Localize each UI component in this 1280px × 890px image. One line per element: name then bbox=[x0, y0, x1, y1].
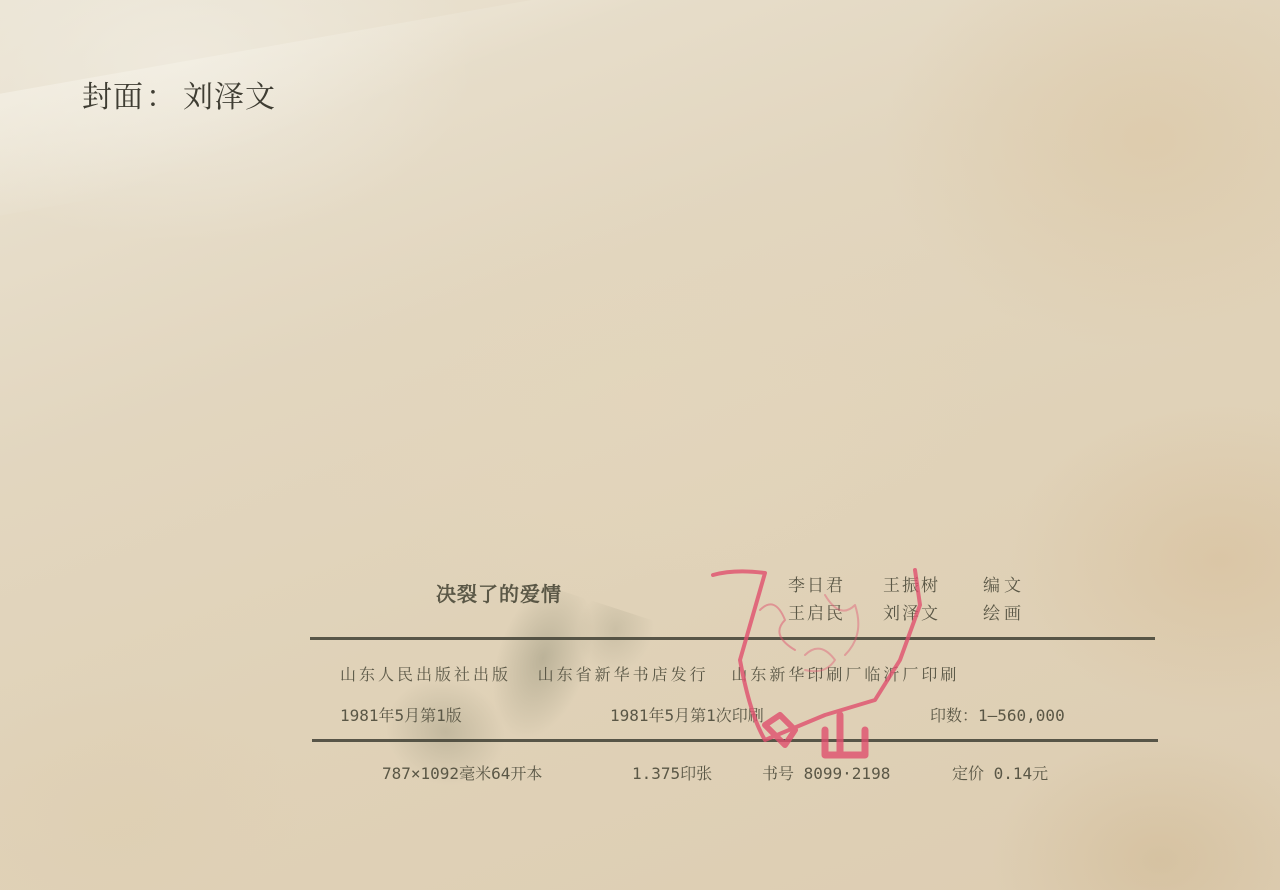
cover-credit: 封面：刘泽文 bbox=[82, 72, 276, 116]
printer: 山东新华印刷厂临沂厂印刷 bbox=[731, 662, 959, 685]
printed-sheets: 1.375印张 bbox=[632, 761, 762, 784]
specs-line: 787×1092毫米64开本1.375印张书号 8099·2198定价 0.14… bbox=[382, 761, 1048, 784]
credits-block: 李日君 王振树 编文 王启民 刘泽文 绘画 bbox=[788, 572, 1025, 628]
credit-role: 编文 bbox=[983, 572, 1025, 600]
cover-credit-label: 封面 bbox=[82, 80, 144, 115]
first-edition: 1981年5月第1版 bbox=[340, 703, 610, 726]
book-number: 书号 8099·2198 bbox=[762, 761, 952, 784]
cover-artist: 刘泽文 bbox=[183, 80, 276, 115]
credit-role: 绘画 bbox=[983, 600, 1025, 628]
first-printing: 1981年5月第1次印刷 bbox=[610, 703, 930, 726]
publication-line: 山东人民出版社出版 山东省新华书店发行 山东新华印刷厂临沂厂印刷 bbox=[340, 662, 959, 685]
divider-rule-top bbox=[310, 637, 1155, 640]
credit-row-writers: 李日君 王振树 编文 bbox=[788, 572, 1025, 600]
cover-credit-colon: ： bbox=[146, 80, 177, 115]
edition-line: 1981年5月第1版1981年5月第1次印刷印数：1—560,000 bbox=[340, 703, 1065, 726]
distributor: 山东省新华书店发行 bbox=[538, 662, 709, 685]
writer-name: 王振树 bbox=[883, 572, 983, 600]
book-title: 决裂了的爱情 bbox=[436, 578, 562, 607]
illustrator-name: 刘泽文 bbox=[883, 600, 983, 628]
price: 定价 0.14元 bbox=[952, 761, 1048, 784]
writer-name: 李日君 bbox=[788, 572, 883, 600]
publisher: 山东人民出版社出版 bbox=[340, 662, 511, 685]
divider-rule-bottom bbox=[312, 739, 1158, 742]
illustrator-name: 王启民 bbox=[788, 600, 883, 628]
print-run: 印数：1—560,000 bbox=[930, 703, 1065, 726]
page-format: 787×1092毫米64开本 bbox=[382, 761, 632, 784]
credit-row-illustrators: 王启民 刘泽文 绘画 bbox=[788, 600, 1025, 628]
